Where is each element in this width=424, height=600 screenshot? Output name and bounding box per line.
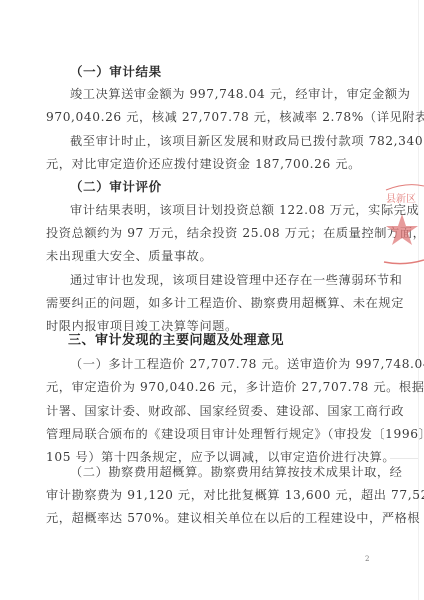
paragraph-line: 通过审计也发现，该项目建设管理中还存在一些薄弱环节和: [70, 272, 368, 288]
stamp-text: 县新区: [386, 193, 416, 205]
paragraph-line: 970,040.26 元，核减 27,707.78 元，核减率 2.78%（详见…: [46, 109, 368, 125]
official-seal-stamp-icon: 县新区: [380, 180, 424, 280]
document-page: （一）审计结果 竣工决算送审金额为 997,748.04 元，经审计，审定金额为…: [0, 0, 424, 600]
paragraph-line: 元，超概率达 570%。建议相关单位在以后的工程建设中，严格根: [46, 510, 368, 526]
paragraph-line: 投资总额约为 97 万元，结余投资 25.08 万元；在质量控制方面，: [46, 225, 368, 241]
paragraph-line: 时限内报审项目竣工决算等问题。: [46, 318, 368, 334]
chapter-heading-main-issues: 三、审计发现的主要问题及处理意见: [68, 333, 284, 349]
paragraph-line: 未出现重大安全、质量事故。: [46, 248, 368, 264]
page-number: 2: [365, 555, 369, 563]
paragraph-line: 计署、国家计委、财政部、国家经贸委、建设部、国家工商行政: [46, 403, 368, 419]
paragraph-line: 需要纠正的问题，如多计工程造价、勘察费用超概算、未在规定: [46, 295, 368, 311]
section-heading-audit-evaluation: （二）审计评价: [70, 179, 162, 195]
paragraph-line: 元，对比审定造价还应拨付建设资金 187,700.26 元。: [46, 156, 368, 172]
page-edge: [418, 0, 419, 600]
paragraph-line: （二）勘察费用超概算。勘察费用结算按技术成果计取，经: [70, 464, 368, 480]
paragraph-line: 审计结果表明，该项目计划投资总额 122.08 万元，实际完成: [70, 202, 368, 218]
paragraph-line: 105 号）第十四条规定，应予以调减，以审定造价进行决算。: [46, 449, 368, 465]
paragraph-line: 审计勘察费为 91,120 元，对比批复概算 13,600 元，超出 77,52…: [46, 487, 368, 503]
paragraph-line: （一）多计工程造价 27,707.78 元。送审造价为 997,748.04: [70, 356, 368, 372]
paragraph-line: 截至审计时止，该项目新区发展和财政局已拨付款项 782,340: [70, 133, 368, 149]
paragraph-line: 管理局联合颁布的《建设项目审计处理暂行规定》（审投发〔1996〕: [46, 426, 368, 442]
paragraph-line: 元，审定造价为 970,040.26 元，多计造价 27,707.78 元。根据…: [46, 379, 368, 395]
paragraph-line: 竣工决算送审金额为 997,748.04 元，经审计，审定金额为: [70, 86, 368, 102]
section-heading-audit-result: （一）审计结果: [70, 64, 162, 80]
